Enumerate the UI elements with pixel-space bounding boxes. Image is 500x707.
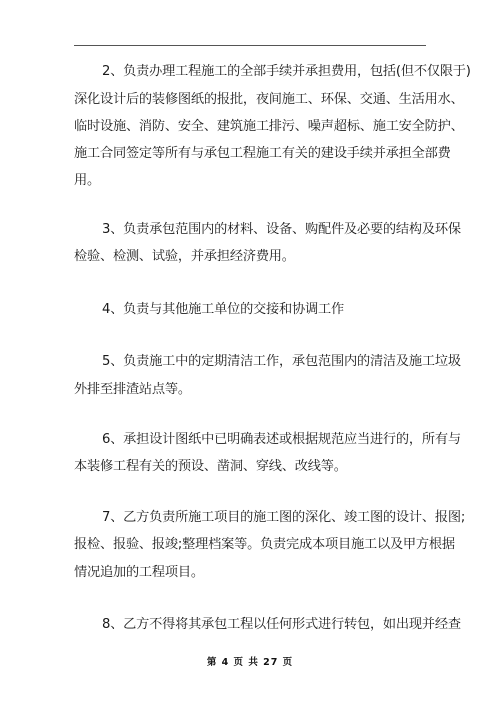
paragraph-line: 深化设计后的装修图纸的报批，夜间施工、环保、交通、生活用水、 — [74, 91, 426, 109]
paragraph-line: 6、承担设计图纸中已明确表述或根据规范应当进行的，所有与 — [74, 431, 426, 449]
paragraph-line: 施工合同签定等所有与承包工程施工有关的建设手续并承担全部费 — [74, 145, 426, 163]
paragraph-line: 检验、检测、试验，并承担经济费用。 — [74, 248, 426, 266]
paragraph-line: 报检、报验、报竣;整理档案等。负责完成本项目施工以及甲方根据 — [74, 536, 426, 554]
paragraph-line: 8、乙方不得将其承包工程以任何形式进行转包，如出现并经查 — [74, 616, 426, 634]
paragraph-line: 情况追加的工程项目。 — [74, 564, 426, 582]
paragraph-line: 用。 — [74, 172, 426, 190]
paragraph-line: 3、负责承包范围内的材料、设备、购配件及必要的结构及环保 — [74, 221, 426, 239]
paragraph-line: 外排至排渣站点等。 — [74, 381, 426, 399]
page-number-footer: 第 4 页 共 27 页 — [0, 654, 500, 668]
header-rule — [74, 45, 426, 46]
paragraph-line: 本装修工程有关的预设、凿洞、穿线、改线等。 — [74, 458, 426, 476]
paragraph-line: 5、负责施工中的定期清洁工作，承包范围内的清洁及施工垃圾 — [74, 353, 426, 371]
paragraph-line: 7、乙方负责所施工项目的施工图的深化、竣工图的设计、报图; — [74, 509, 426, 527]
paragraph-line: 4、负责与其他施工单位的交接和协调工作 — [74, 301, 426, 319]
paragraph-line: 临时设施、消防、安全、建筑施工排污、噪声超标、施工安全防护、 — [74, 118, 426, 136]
paragraph-line: 2、负责办理工程施工的全部手续并承担费用，包括(但不仅限于) — [74, 63, 426, 81]
